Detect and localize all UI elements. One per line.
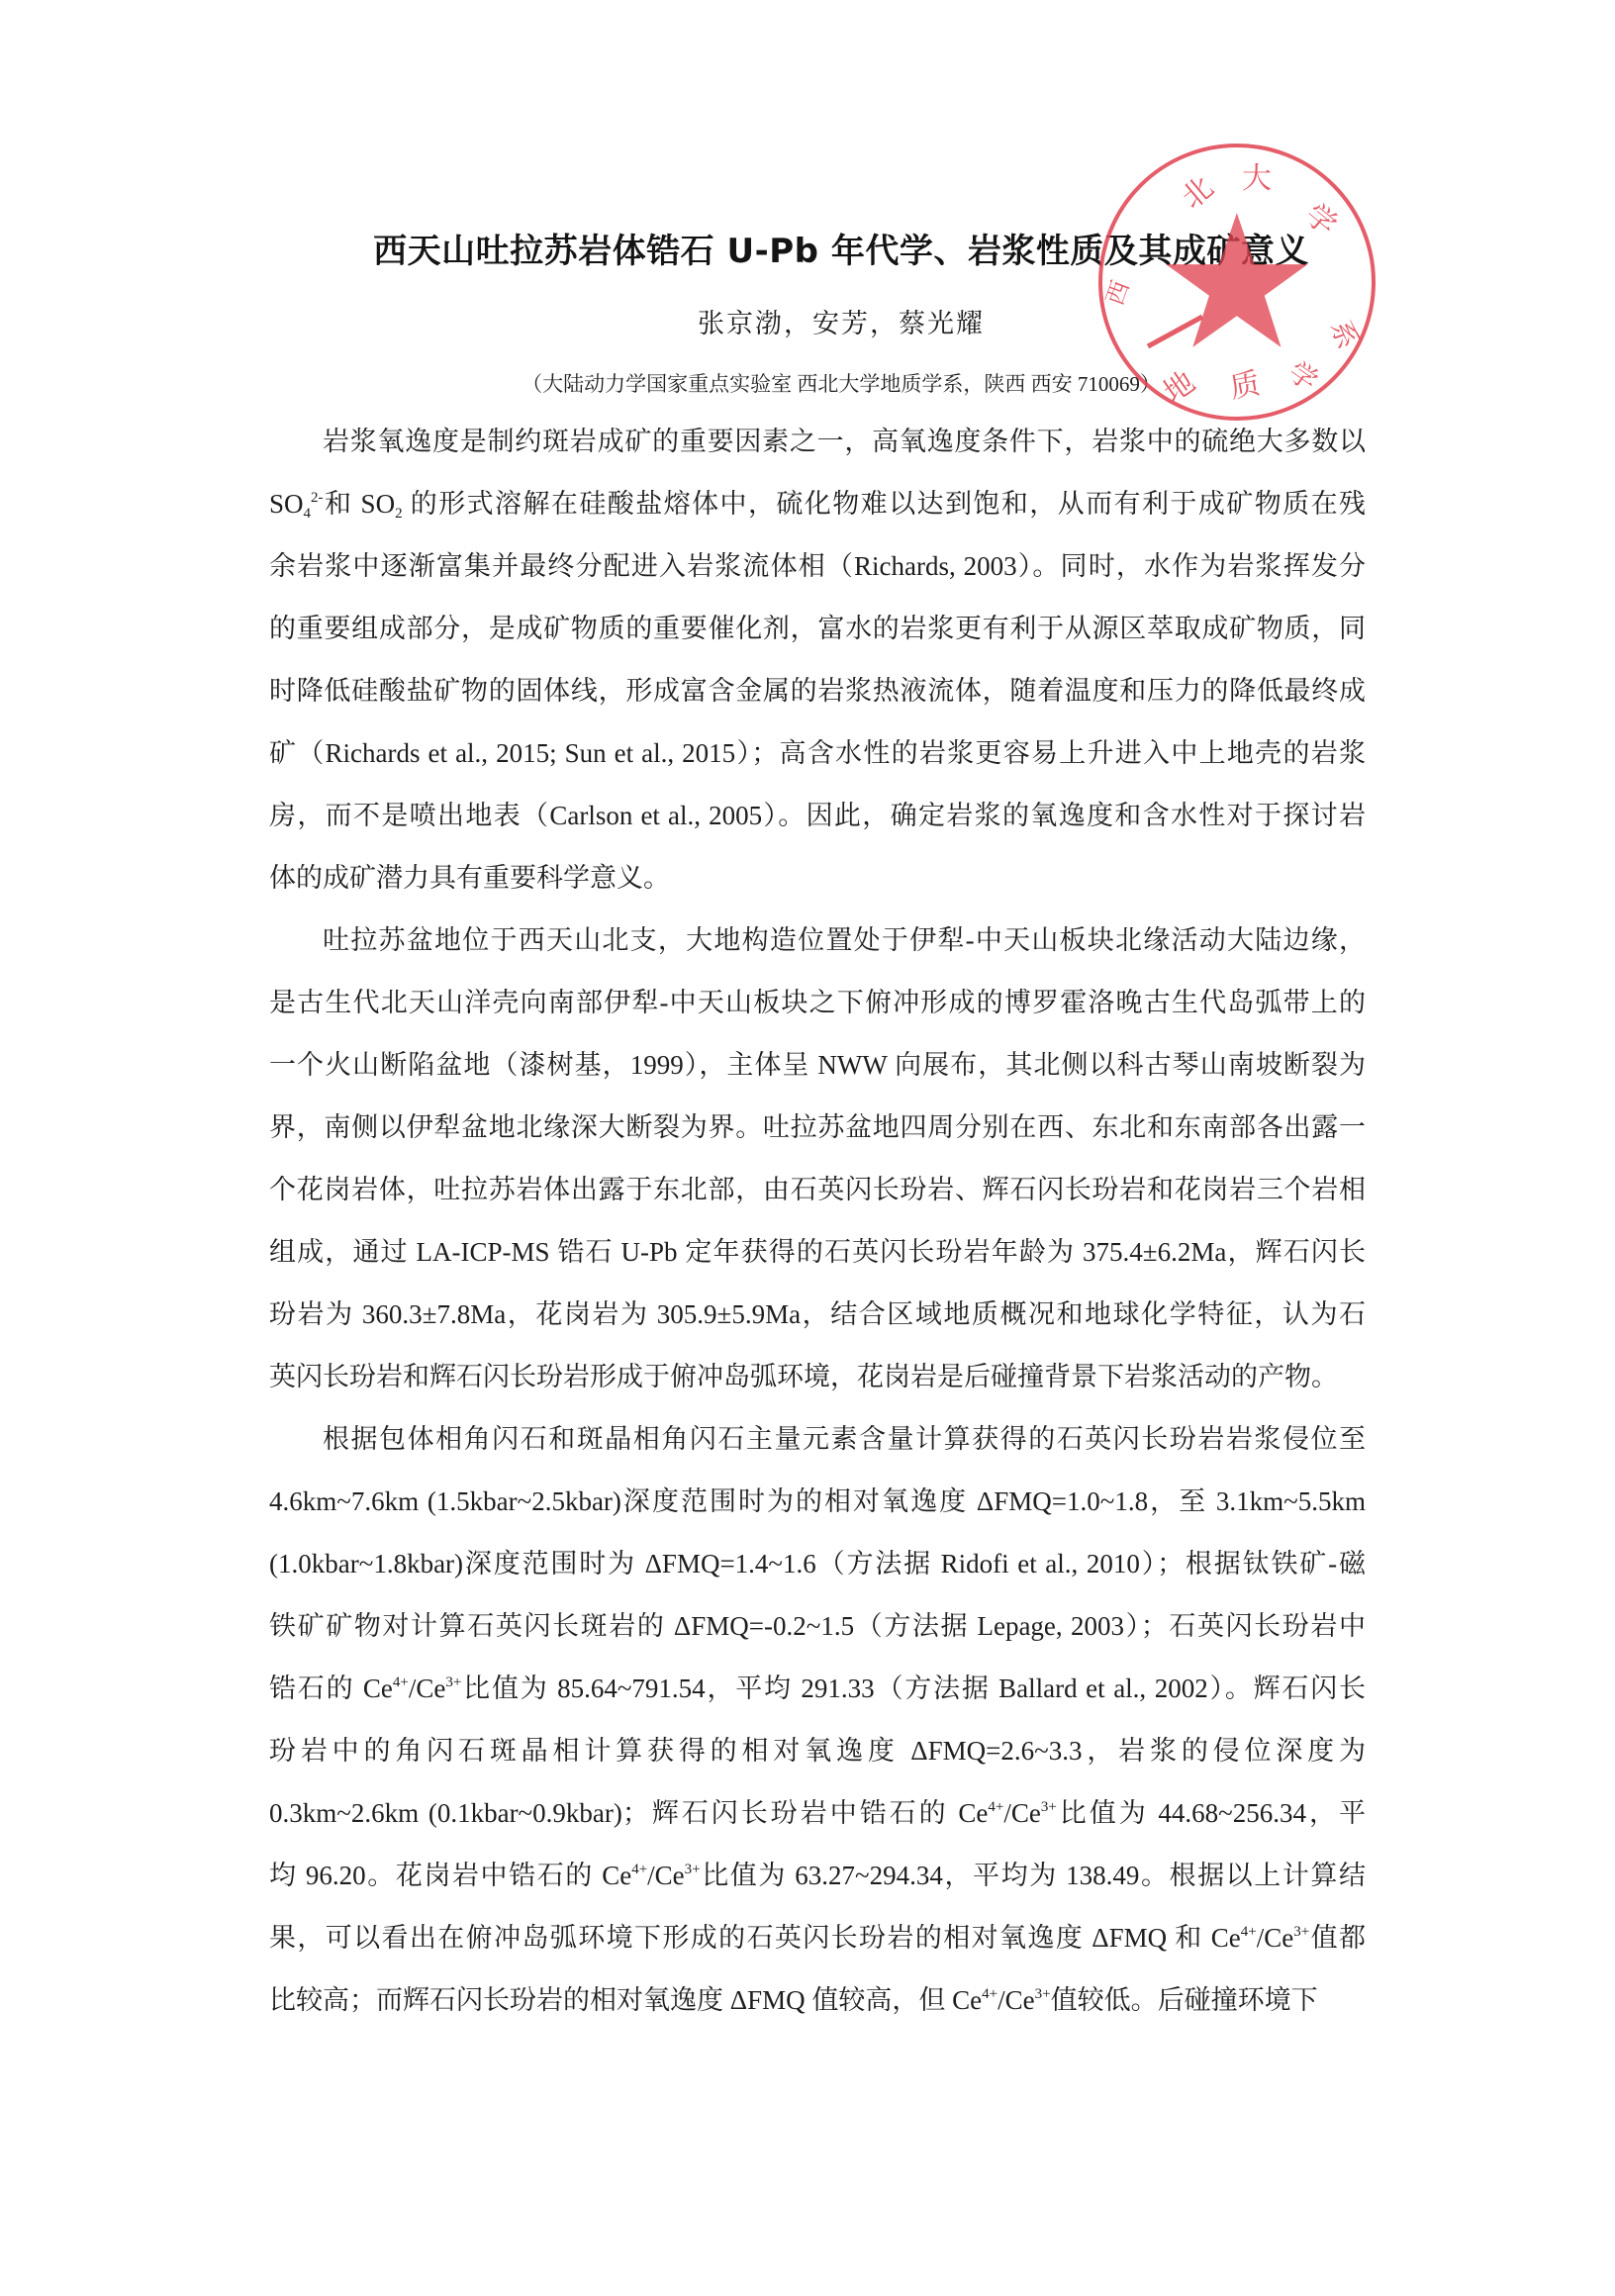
official-seal-stamp: 北 大 学 系 学 质 地 西 — [1093, 139, 1380, 426]
svg-text:质: 质 — [1227, 366, 1263, 406]
text-line: 是古生代北天山洋壳向南部伊犁-中天山板块之下俯冲形成的博罗霍洛晚古生代岛弧带上的 — [269, 981, 1366, 1043]
text-line: 玢岩中的角闪石斑晶相计算获得的相对氧逸度 ΔFMQ=2.6~3.3，岩浆的侵位深… — [269, 1729, 1366, 1791]
text-line: 余岩浆中逐渐富集并最终分配进入岩浆流体相（Richards, 2003）。同时，… — [269, 544, 1366, 607]
text-line: (1.0kbar~1.8kbar)深度范围时为 ΔFMQ=1.4~1.6（方法据… — [269, 1542, 1366, 1604]
text-line: 房，而不是喷出地表（Carlson et al., 2005）。因此，确定岩浆的… — [269, 794, 1366, 856]
document-page: 西天山吐拉苏岩体锆石 U-Pb 年代学、岩浆性质及其成矿意义 张京渤，安芳，蔡光… — [0, 0, 1615, 2296]
text-line: 吐拉苏盆地位于西天山北支，大地构造位置处于伊犁-中天山板块北缘活动大陆边缘， — [269, 918, 1366, 981]
text-line: 根据包体相角闪石和斑晶相角闪石主量元素含量计算获得的石英闪长玢岩岩浆侵位至 — [269, 1417, 1366, 1480]
text-line: 岩浆氧逸度是制约斑岩成矿的重要因素之一，高氧逸度条件下，岩浆中的硫绝大多数以 — [269, 420, 1366, 482]
text-line: 一个火山断陷盆地（漆树基，1999），主体呈 NWW 向展布，其北侧以科古琴山南… — [269, 1043, 1366, 1105]
text-line: 矿（Richards et al., 2015; Sun et al., 201… — [269, 731, 1366, 794]
text-line: 的重要组成部分，是成矿物质的重要催化剂，富水的岩浆更有利于从源区萃取成矿物质，同 — [269, 607, 1366, 669]
svg-text:大: 大 — [1242, 161, 1272, 196]
svg-text:学: 学 — [1298, 197, 1343, 242]
text-line: 组成，通过 LA-ICP-MS 锆石 U-Pb 定年获得的石英闪长玢岩年龄为 3… — [269, 1230, 1366, 1292]
text-line: 4.6km~7.6km (1.5kbar~2.5kbar)深度范围时为的相对氧逸… — [269, 1480, 1366, 1542]
svg-text:地: 地 — [1158, 365, 1202, 411]
text-line: 界，南侧以伊犁盆地北缘深大断裂为界。吐拉苏盆地四周分别在西、东北和东南部各出露一 — [269, 1105, 1366, 1168]
text-line: 个花岗岩体，吐拉苏岩体出露于东北部，由石英闪长玢岩、辉石闪长玢岩和花岗岩三个岩相 — [269, 1168, 1366, 1230]
text-line: 铁矿矿物对计算石英闪长斑岩的 ΔFMQ=-0.2~1.5（方法据 Lepage,… — [269, 1604, 1366, 1667]
text-line: 0.3km~2.6km (0.1kbar~0.9kbar)；辉石闪长玢岩中锆石的… — [269, 1791, 1366, 1854]
svg-text:北: 北 — [1176, 170, 1220, 216]
text-line: 锆石的 Ce4+/Ce3+比值为 85.64~791.54，平均 291.33（… — [269, 1667, 1366, 1729]
text-line: 玢岩为 360.3±7.8Ma，花岗岩为 305.9±5.9Ma，结合区域地质概… — [269, 1292, 1366, 1355]
text-line: SO42-和 SO2 的形式溶解在硅酸盐熔体中，硫化物难以达到饱和，从而有利于成… — [269, 482, 1366, 544]
text-line: 时降低硅酸盐矿物的固体线，形成富含金属的岩浆热液流体，随着温度和压力的降低最终成 — [269, 669, 1366, 731]
text-line: 英闪长玢岩和辉石闪长玢岩形成于俯冲岛弧环境，花岗岩是后碰撞背景下岩浆活动的产物。 — [269, 1355, 1366, 1417]
body-text: 岩浆氧逸度是制约斑岩成矿的重要因素之一，高氧逸度条件下，岩浆中的硫绝大多数以 S… — [269, 420, 1366, 2041]
text-line: 均 96.20。花岗岩中锆石的 Ce4+/Ce3+比值为 63.27~294.3… — [269, 1854, 1366, 1916]
text-line: 比较高；而辉石闪长玢岩的相对氧逸度 ΔFMQ 值较高，但 Ce4+/Ce3+值较… — [269, 1978, 1366, 2041]
svg-text:西: 西 — [1100, 277, 1135, 309]
text-line: 果，可以看出在俯冲岛弧环境下形成的石英闪长玢岩的相对氧逸度 ΔFMQ 和 Ce4… — [269, 1916, 1366, 1978]
text-line: 体的成矿潜力具有重要科学意义。 — [269, 856, 1366, 918]
